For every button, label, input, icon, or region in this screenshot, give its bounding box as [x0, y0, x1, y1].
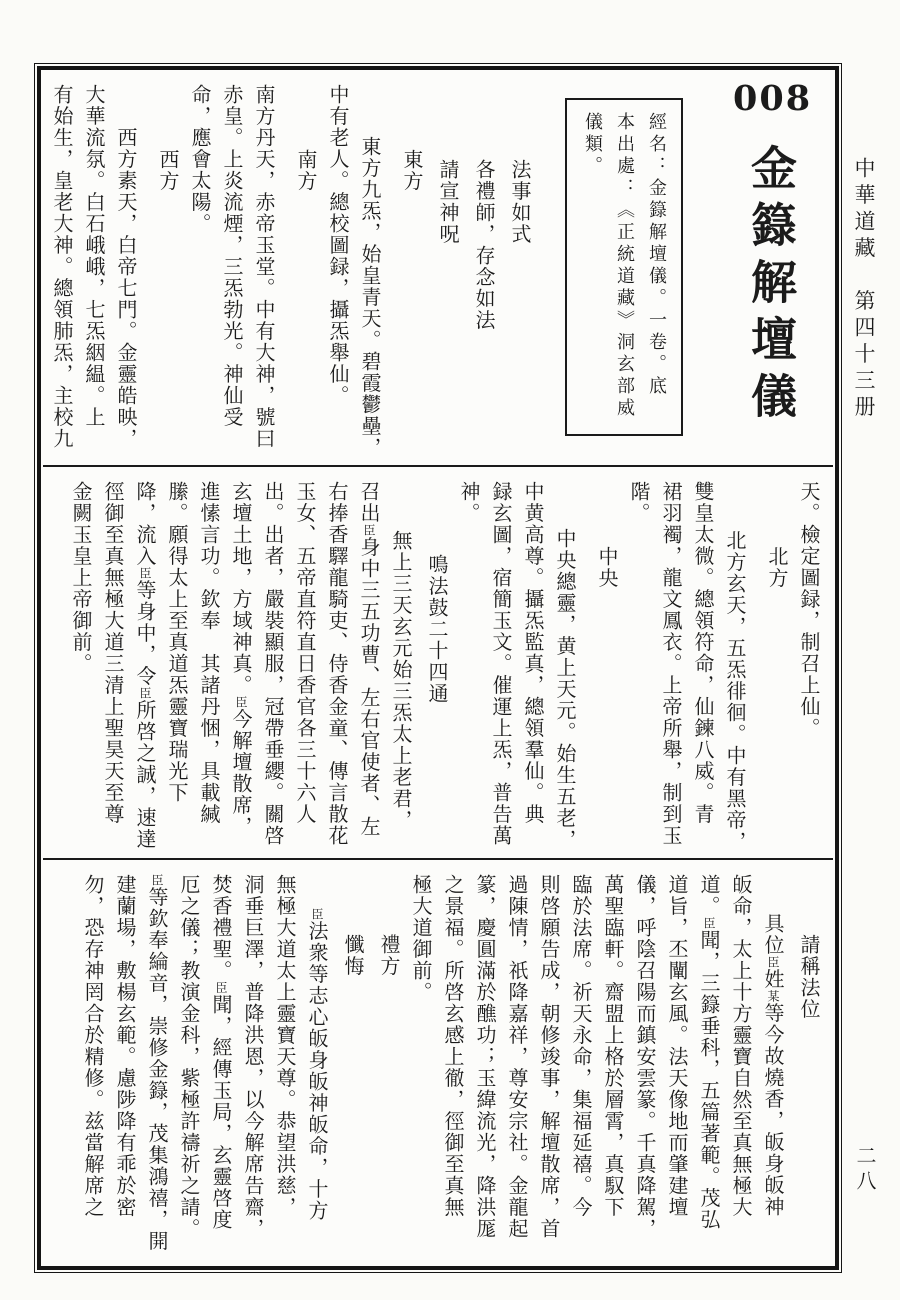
small-annotation-char: 臣 [234, 696, 248, 709]
heading-column: 東方 [386, 84, 428, 461]
text-column: 右捧香驛龍騎吏、侍香金童、傳言散花 [321, 481, 353, 854]
small-annotation-char: 臣 [310, 908, 324, 921]
text-columns-middle: 天。檢定圖録，制召上仙。北方北方玄天，五炁徘徊。中有黑帝，雙皇太微。總領符命，仙… [41, 467, 835, 858]
text-column: 南方丹天，赤帝玉堂。中有大神，號曰 [248, 84, 280, 461]
small-annotation-char: 臣 [214, 982, 228, 995]
small-annotation-char: 臣 [138, 567, 152, 580]
text-column: 萬聖臨軒。齋盟上格於層霄，真馭下 [597, 874, 629, 1262]
text-column: 臨於法席。祈天永命，集福延禧。今 [565, 874, 597, 1262]
small-annotation-char: 某 [766, 990, 780, 1003]
text-column: 過陳情，祇降嘉祥，尊安宗社。金龍起 [501, 874, 533, 1262]
heading-column: 中央 [581, 481, 623, 854]
instruction-column: 請稱法位 [789, 874, 825, 1262]
book-title: 金籙解壇儀 [737, 144, 805, 429]
colophon-line: 本出處：《正統道藏》洞玄部威 [608, 112, 640, 422]
text-column: 無上三天玄元始三炁太上老君， [385, 481, 417, 854]
instruction-column: 懺悔 [333, 874, 369, 1262]
text-column: 雙皇太微。總領符命，仙鍊八威。青 [687, 481, 719, 854]
small-annotation-char: 臣 [702, 917, 716, 930]
text-column: 之景福。所啓玄感上徹，徑御至真無 [437, 874, 469, 1262]
text-column: 玉女、五帝直符直日香官各三十六人 [289, 481, 321, 854]
text-columns-bottom: 請稱法位具位臣姓某等今故燒香，皈身皈神皈命，太上十方靈寶自然至真無極大道。臣聞，… [41, 860, 835, 1266]
text-column: 極大道御前。 [405, 874, 437, 1262]
text-column: 篆，慶圓滿於醮功；玉緯流光，降洪厖 [469, 874, 501, 1262]
text-column: 出。出者，嚴裝顯服，冠帶垂纓。關啓 [257, 481, 289, 854]
text-column: 西方素天，白帝七門。金靈皓映， [110, 84, 142, 461]
text-column: 降，流入臣等身中，令臣所啓之誠，速達 [129, 481, 161, 854]
text-column: 儀，呼陰召陽而鎮安雲篆。千真降駕， [629, 874, 661, 1262]
scanned-page: { "document": { "serial": "008", "title"… [0, 0, 900, 1300]
register-middle: 天。檢定圖録，制召上仙。北方北方玄天，五炁徘徊。中有黑帝，雙皇太微。總領符命，仙… [41, 467, 835, 858]
text-column: 具位臣姓某等今故燒香，皈身皈神 [757, 874, 789, 1262]
text-column: 無極大道太上靈寶天尊。恭望洪慈， [269, 874, 301, 1262]
text-column: 東方九炁，始皇青天。碧霞鬱壘， [354, 84, 386, 461]
text-column: 金闕玉皇上帝御前。 [65, 481, 97, 854]
text-columns-top: 法事如式各禮師，存念如法請宣神呪東方東方九炁，始皇青天。碧霞鬱壘，中有老人。總校… [41, 70, 546, 465]
small-annotation-char: 臣 [150, 874, 164, 887]
item-number: 008 [733, 78, 809, 119]
text-column: 中有老人。總校圖録，攝炁舉仙。 [322, 84, 354, 461]
text-column: 中央總靈，黄上天元。始生五老， [549, 481, 581, 854]
heading-column: 南方 [280, 84, 322, 461]
text-column: 天。檢定圖録，制召上仙。 [793, 481, 825, 854]
text-column: 道。臣聞，三籙垂科，五篇著範。茂弘 [693, 874, 725, 1262]
heading-column: 西方 [142, 84, 184, 461]
text-column: 階。 [623, 481, 655, 854]
text-column: 道旨，丕闡玄風。法天像地而肇建壇 [661, 874, 693, 1262]
colophon-line: 儀類。 [576, 112, 608, 422]
small-annotation-char: 臣 [138, 687, 152, 700]
text-column: 皈命，太上十方靈寶自然至真無極大 [725, 874, 757, 1262]
text-column: 録玄圖，宿簡玉文。催運上炁，普告萬 [485, 481, 517, 854]
edition-title: 中華道藏 第四十三册 [849, 157, 879, 422]
text-column: 玄壇土地，方域神真。臣今解壇散席， [225, 481, 257, 854]
instruction-column: 法事如式 [500, 84, 536, 461]
text-column: 裙羽襡，龍文鳳衣。上帝所舉，制到玉 [655, 481, 687, 854]
register-bottom: 請稱法位具位臣姓某等今故燒香，皈身皈神皈命，太上十方靈寶自然至真無極大道。臣聞，… [41, 860, 835, 1266]
colophon-line: 經名：金籙解壇儀。一卷。底 [640, 112, 672, 422]
page-number: 二八 [851, 1145, 879, 1195]
text-column: 臣等欽奉綸音，崇修金籙，茂集鴻禧，開 [141, 874, 173, 1262]
page-frame: 008 金籙解壇儀 經名：金籙解壇儀。一卷。底 本出處：《正統道藏》洞玄部威 儀… [37, 66, 839, 1270]
text-column: 北方玄天，五炁徘徊。中有黑帝， [719, 481, 751, 854]
register-top: 008 金籙解壇儀 經名：金籙解壇儀。一卷。底 本出處：《正統道藏》洞玄部威 儀… [41, 70, 835, 465]
colophon-box: 經名：金籙解壇儀。一卷。底 本出處：《正統道藏》洞玄部威 儀類。 [565, 98, 683, 436]
text-column: 赤皇。上炎流煙，三炁勃光。神仙受 [216, 84, 248, 461]
text-column: 臣法衆等志心皈身皈神皈命，十方 [301, 874, 333, 1262]
text-column: 命，應會太陽。 [184, 84, 216, 461]
text-column: 進愫言功。欽奉 其諸丹悃，具載緘 [193, 481, 225, 854]
text-column: 神。 [453, 481, 485, 854]
instruction-column: 禮方 [369, 874, 405, 1262]
text-column: 縢。願得太上至真道炁靈寶瑞光下 [161, 481, 193, 854]
text-column: 厄之儀；教演金科，紫極許禱祈之請。 [173, 874, 205, 1262]
text-column: 勿，恐存神罔合於精修。兹當解席之 [77, 874, 109, 1262]
instruction-column: 鳴法鼓二十四通 [417, 481, 453, 854]
text-column: 洞垂巨澤，普降洪恩，以今解席告齋， [237, 874, 269, 1262]
small-annotation-char: 臣 [362, 524, 376, 537]
text-column: 中黄高尊。攝炁監真，總領羣仙。典 [517, 481, 549, 854]
text-column: 建蘭場，敷楊玄範。慮陟降有乖於密 [109, 874, 141, 1262]
small-annotation-char: 臣 [766, 956, 780, 969]
text-column: 則啓願告成，朝修竣事，解壇散席，首 [533, 874, 565, 1262]
text-column: 有始生，皇老大神。總領肺炁，主校九 [46, 84, 78, 461]
text-column: 大華流氛。白石峨峨，七炁絪緼。上 [78, 84, 110, 461]
instruction-column: 各禮師，存念如法 [464, 84, 500, 461]
instruction-column: 請宣神呪 [428, 84, 464, 461]
text-column: 焚香禮聖。臣聞，經傳玉局，玄靈啓度 [205, 874, 237, 1262]
text-column: 徑御至真無極大道三清上聖昊天至尊 [97, 481, 129, 854]
heading-column: 北方 [751, 481, 793, 854]
text-column: 召出臣身中三五功曹、左右官使者、左 [353, 481, 385, 854]
